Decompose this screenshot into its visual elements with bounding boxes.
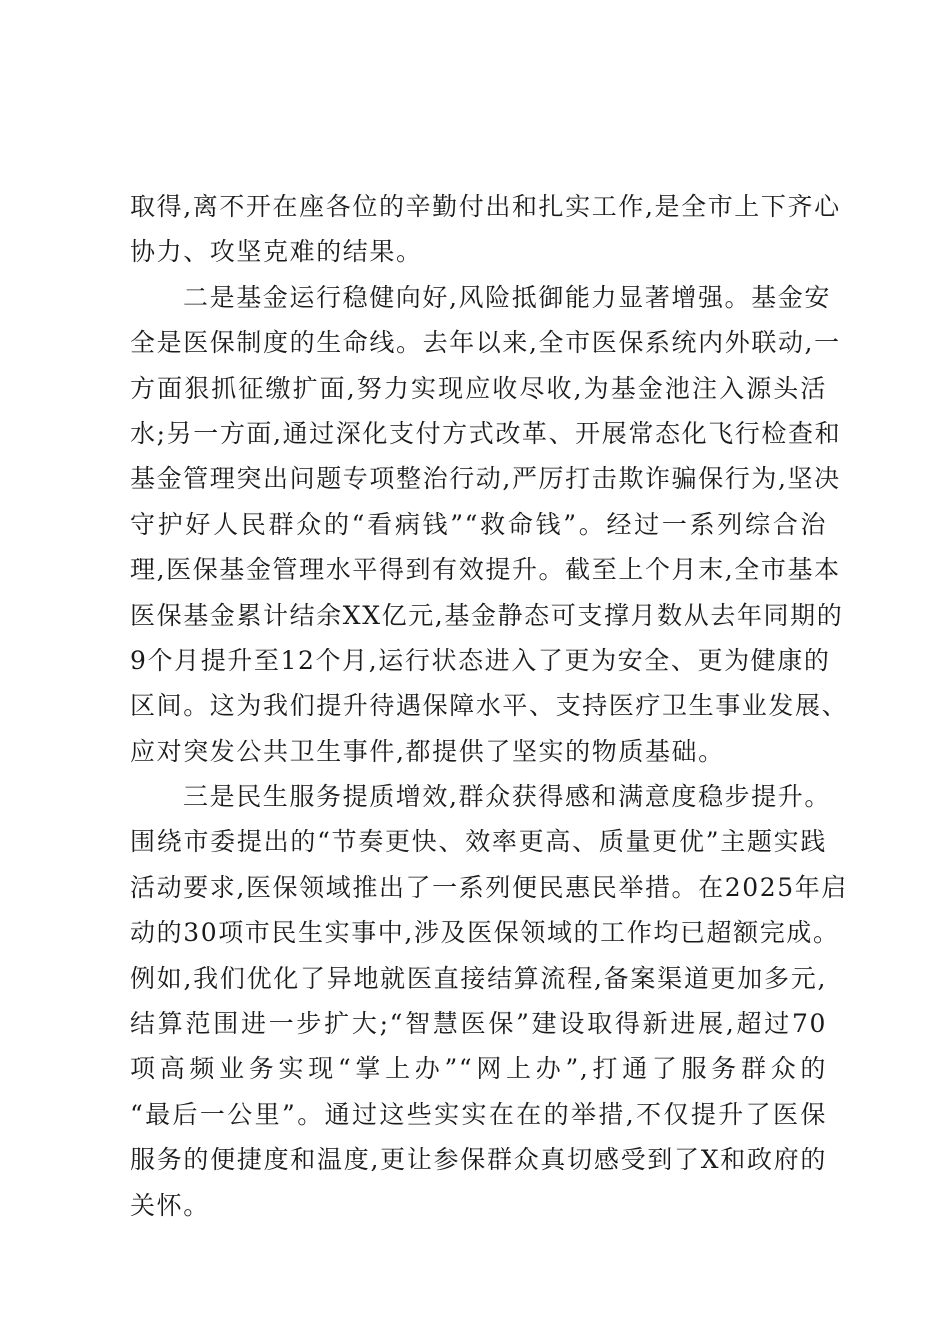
- paragraph-public-service: 三是民生服务提质增效,群众获得感和满意度稳步提升。 围绕市委提出的“节奏更快、效…: [130, 774, 827, 1228]
- text-line: 区间。这为我们提升待遇保障水平、支持医疗卫生事业发展、: [130, 683, 827, 728]
- text-line: 活动要求,医保领域推出了一系列便民惠民举措。在2025年启: [130, 865, 827, 910]
- text-line: 例如,我们优化了异地就医直接结算流程,备案渠道更加多元,: [130, 956, 827, 1001]
- text-line: 围绕市委提出的“节奏更快、效率更高、质量更优”主题实践: [130, 819, 827, 864]
- text-line: 9个月提升至12个月,运行状态进入了更为安全、更为健康的: [130, 638, 827, 683]
- text-line: 全是医保制度的生命线。去年以来,全市医保系统内外联动,一: [130, 320, 827, 365]
- paragraph-continuation: 取得,离不开在座各位的辛勤付出和扎实工作,是全市上下齐心 协力、攻坚克难的结果。: [130, 184, 827, 275]
- text-line: 二是基金运行稳健向好,风险抵御能力显著增强。基金安: [130, 275, 827, 320]
- text-line: 服务的便捷度和温度,更让参保群众真切感受到了X和政府的: [130, 1137, 827, 1182]
- text-line: 守护好人民群众的“看病钱”“救命钱”。经过一系列综合治: [130, 502, 827, 547]
- text-line: 基金管理突出问题专项整治行动,严厉打击欺诈骗保行为,坚决: [130, 456, 827, 501]
- text-line: 取得,离不开在座各位的辛勤付出和扎实工作,是全市上下齐心: [130, 184, 827, 229]
- text-line: 三是民生服务提质增效,群众获得感和满意度稳步提升。: [130, 774, 827, 819]
- text-line: 结算范围进一步扩大;“智慧医保”建设取得新进展,超过70: [130, 1001, 827, 1046]
- document-body: 取得,离不开在座各位的辛勤付出和扎实工作,是全市上下齐心 协力、攻坚克难的结果。…: [130, 184, 827, 1228]
- text-line: 方面狠抓征缴扩面,努力实现应收尽收,为基金池注入源头活: [130, 366, 827, 411]
- text-line: 协力、攻坚克难的结果。: [130, 229, 827, 274]
- text-line: “最后一公里”。通过这些实实在在的举措,不仅提升了医保: [130, 1092, 827, 1137]
- text-line: 动的30项市民生实事中,涉及医保领域的工作均已超额完成。: [130, 910, 827, 955]
- paragraph-fund-operation: 二是基金运行稳健向好,风险抵御能力显著增强。基金安 全是医保制度的生命线。去年以…: [130, 275, 827, 774]
- text-line: 应对突发公共卫生事件,都提供了坚实的物质基础。: [130, 729, 827, 774]
- text-line: 理,医保基金管理水平得到有效提升。截至上个月末,全市基本: [130, 547, 827, 592]
- document-page: 取得,离不开在座各位的辛勤付出和扎实工作,是全市上下齐心 协力、攻坚克难的结果。…: [0, 0, 950, 1344]
- text-line: 关怀。: [130, 1183, 827, 1228]
- text-line: 项高频业务实现“掌上办”“网上办”,打通了服务群众的: [130, 1046, 827, 1091]
- text-line: 水;另一方面,通过深化支付方式改革、开展常态化飞行检查和: [130, 411, 827, 456]
- text-line: 医保基金累计结余XX亿元,基金静态可支撑月数从去年同期的: [130, 593, 827, 638]
